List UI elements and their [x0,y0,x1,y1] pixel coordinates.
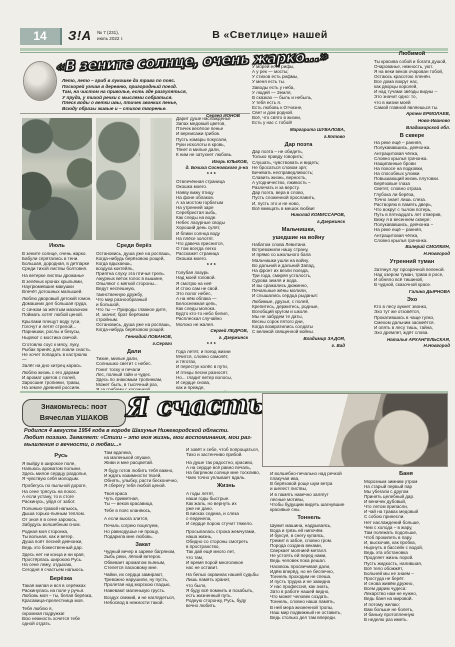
poem-title: Тоннель [270,515,348,521]
epigraph: Лето, лето – гриб в лукошке да трава по … [62,78,240,118]
intro-line: мышления о вечности, о любви...» [24,442,320,449]
poem-line: Залёг на дно хитрец карась. [22,363,92,368]
author-line: Игорь КЛЫКОВ, [176,159,248,164]
stanza-separator: *** [176,172,248,178]
author-line: Артем ЕРМОЛАЕВ, [374,111,450,116]
feature-column-5: БаняМорозным зимним утромНа старый первы… [364,468,448,644]
poem-title: В сквере [374,133,450,139]
author-line: Ново-Иваново [374,118,450,123]
poem-subtitle: ушедшие на войну [252,235,345,241]
poem-title: Любимой [374,51,450,57]
author-line: Н.Новгород [374,343,450,348]
author-line: г. Дзержинск [176,335,248,340]
stanza-separator: *** [176,342,248,348]
epigraph-divider [20,113,250,114]
feature-column-1: РусьЯ выйду в широкое поле,Напьюсь арома… [22,450,100,645]
poem-line: Окошка моего. [176,256,248,261]
author-line: Маргарита ШУВАЛОВА, [252,127,345,132]
poem-line: В неделю раз иметь. [364,617,448,622]
poem-title: Русь [22,453,100,459]
stanza-separator: *** [252,57,345,63]
poem-title: Дали [96,349,172,355]
intro-line: Родился 4 августа 1954 года в городе Шах… [24,428,320,435]
author-line: Владимирской обл. [374,125,450,130]
author-line: Николай КОМИССАРОВ, [252,212,345,217]
feature-column-4: И волшебно-печально над речкойплакучая и… [270,471,348,643]
author-line: Галина ДЫРНОВА [374,289,450,294]
author-line: Геннадий ЛОБАНОВ, [96,334,172,339]
poem-line: Словно крылья грачонка. [374,238,450,243]
summer-yard-photo [22,118,92,240]
poem-title: Среди берёз [96,243,172,249]
poem-line: Пролетая над морскою гладью, [104,582,182,587]
top-column-1: ИюльВ зените солнце, очень жарко.Бабули … [22,118,92,390]
poem-line: С сачком за жёлтым махаоном [22,307,92,312]
feature-intro: Родился 4 августа 1954 года в городе Шах… [24,428,320,449]
poem-line: Эхо дремлет, ждёт слова. [374,330,450,335]
poem-line: Поймать хотят любой ценой. [22,312,92,317]
top-column-5: ЛюбимойТы красива собой и богата душой,О… [374,48,450,391]
poem-line: В чудной, сказочной красе. [374,282,450,287]
author-line: г.Котово [252,134,345,139]
poem-line: Ты красива собой и богата душой, [374,59,450,64]
poem-line: Не хочет попадать в кастрюлю — [22,352,92,362]
feature-column-2: Там вдалека,на маленькой опушке,Живи и м… [104,450,182,645]
poem-line: одной отдать. [22,621,100,626]
author-line: г.Дзержинск [252,219,345,224]
poem-line: Когда-нибудь берёзовою рощей. [96,327,172,332]
poem-title: Утренний туман [374,259,450,265]
poem-title: Берёзка [22,576,100,582]
author-line: г.Сергач [96,341,172,346]
author-line: Наталья АРХАНГЕЛЬСКАЯ, [374,337,450,342]
stanza-separator: *** [176,263,248,269]
top-column-2: Среди берёзОстановись, душа уже на роспа… [96,118,172,390]
poem-line: Домашних дел большая груда, [22,301,92,306]
poem-line: красивые сны. [270,507,348,512]
poem-line: Всё вмещать в мешок любви! [252,206,345,211]
poem-title: Мальчишки, [252,227,345,233]
author-line: г. Вад [252,343,345,348]
author-line: Владимир ЗАДОЯ, [252,336,345,341]
poem-line: К ним не затухнет любовь. [176,152,248,157]
poem-line: С великой священной войны. [252,329,345,334]
poem-line: Ведь столько дел там впереди. [270,615,348,620]
poem-title: Дар поэта [252,142,345,148]
author-line: д. Бочиха Сосновского р-на [176,165,248,170]
poem-line: На земле древней россиян. [22,385,92,390]
poem-line: Подарила мне любовь. [104,534,182,539]
newspaper-logo: З!А [68,28,92,43]
poem-line: Я за грибами с корзинкой [96,387,172,390]
poem-title: Жизнь [186,483,266,489]
poem-line: вечно любить. [186,603,266,608]
top-column-4: ***У морей есть рифы,А у рек — мосты;У с… [252,55,345,391]
page-number-box: 14 [20,28,62,45]
birch-trees-photo [96,118,172,240]
poem-title: Июль [22,243,92,249]
intro-line: Любит поэзию. Заявляет: «Стихи – это моя… [24,435,320,442]
feature-box-line2: Вячеслав УШАКОВ [23,413,125,424]
poem-line: Чаек точно уплывает вдаль. [186,475,266,480]
lead-headline: «В зените солнце, очень жарко...» [56,51,281,76]
poem-line: Небосвод в нежности такой. [104,600,182,605]
poem-line: Среди тихой листвы болтовня. [22,266,92,271]
poem-line: Влечёт дотошных малышей. [22,289,92,294]
poem-line: Наш мир подвижный не оставить, [270,610,348,615]
vignette-photo-icon [24,62,56,100]
feature-author-box: Знакомьтесь: поэт Вячеслав УШАКОВ [22,399,126,427]
top-column-3: Дарит душе наслажденьеЗапах медовый цвет… [176,116,248,392]
poem-title: Эхо [374,297,450,303]
poem-title: Закат [104,542,182,548]
poem-line: Есть у нас с тобой! [252,120,345,125]
poem-block: ИюльВ зените солнце, очень жарко.Бабули … [22,243,92,390]
poem-line: Когда-нибудь берёзовою рощей, [96,256,172,261]
poem-title: Баня [364,471,448,477]
poem-line: В зените солнце, очень жарко. [22,251,92,256]
issue-date: июль 2022 г. [97,36,123,42]
poem-line: И, значит, брат берёзкам стройным. [96,312,172,322]
epigraph-line: Всюду образы живые и – стихов творенье. [62,106,240,112]
author-line: Валерий СМОЛКИН, [374,244,450,249]
poem-line: Самой главной являешься ты. [374,105,450,110]
poem-line: Затянул луг прозрачной пеленой. [374,267,450,272]
section-title: В «Светлице» нашей [175,29,365,41]
author-line: Н.Новгород [374,251,450,256]
issue-info: № 7 (231), июль 2022 г. [97,30,123,41]
poem-line: Сегодня я счастьем напьюсь. [22,567,100,572]
feature-box-line1: Знакомьтесь: поэт [23,402,125,413]
poem-line: На ветерке листвы дрожанье [22,273,92,278]
feature-column-3: И зовёт к себе, чтоб попрощаться,Тихо и … [186,447,266,645]
poem-line: Молоко не жалея. [176,322,248,327]
poem-line: Остановись, душа уже на роспашь, [96,251,172,256]
author-line: Сергей ЛЕДРОВ, [176,328,248,333]
poem-line: В зелёных кронах крыльями, [22,279,92,284]
poem-block: Среди берёзОстановись, душа уже на роспа… [96,243,172,390]
